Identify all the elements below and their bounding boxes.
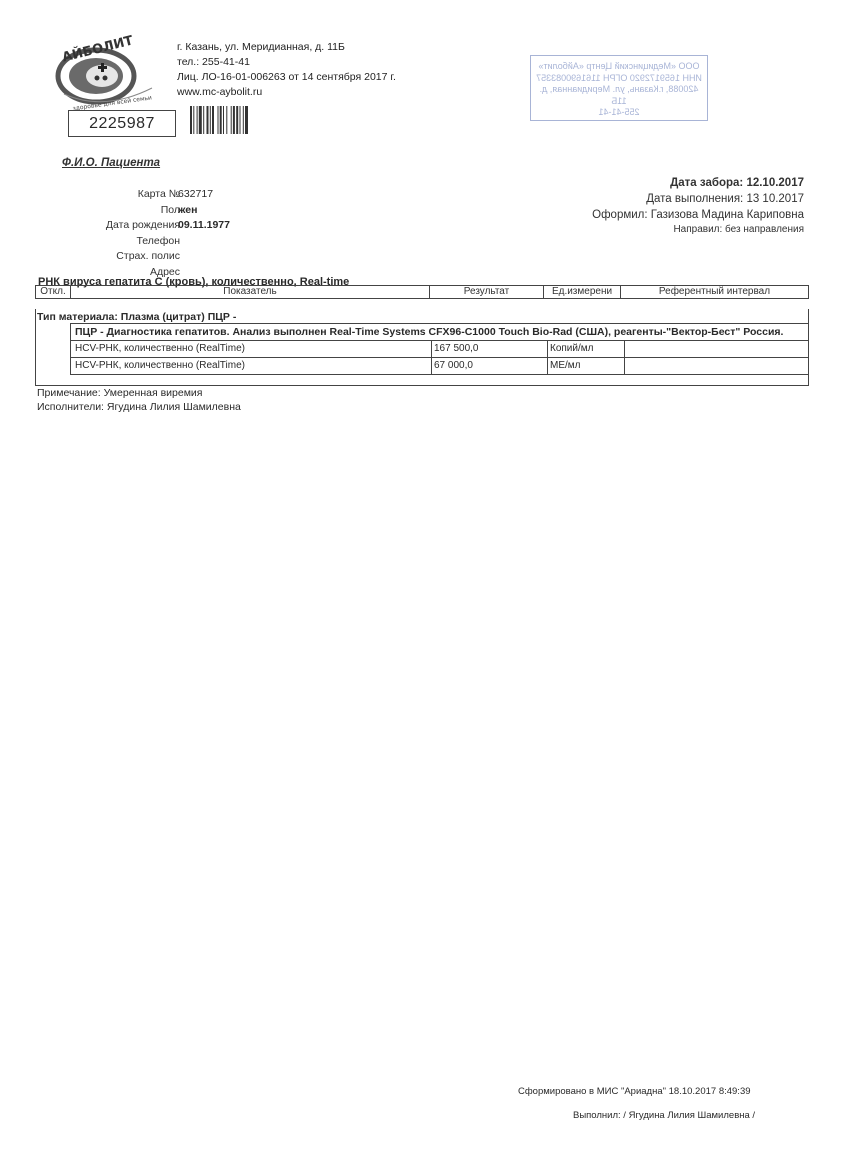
result-row: HCV-РНК, количественно (RealTime)167 500…: [71, 341, 809, 358]
executors: Исполнители: Ягудина Лилия Шамилевна: [37, 401, 241, 413]
col-result: Результат: [430, 286, 544, 299]
registered-by: Оформил: Газизова Мадина Кариповна: [592, 207, 804, 223]
patient-name-label: Ф.И.О. Пациента: [62, 157, 160, 169]
reference-interval: [625, 358, 809, 374]
patient-field-label: Дата рождения: [0, 218, 180, 234]
note: Примечание: Умеренная виремия: [37, 387, 202, 399]
patient-field: Полжен: [0, 203, 180, 219]
unit: МЕ/мл: [548, 358, 625, 374]
performed-by: Выполнил: / Ягудина Лилия Шамилевна /: [573, 1110, 755, 1121]
clinic-address: г. Казань, ул. Меридианная, д. 11Б: [177, 40, 396, 55]
clinic-info: г. Казань, ул. Меридианная, д. 11Б тел.:…: [177, 40, 396, 100]
generated-info: Сформировано в МИС "Ариадна" 18.10.2017 …: [518, 1086, 751, 1097]
indicator-name: HCV-РНК, количественно (RealTime): [71, 341, 432, 357]
col-reference: Референтный интервал: [621, 286, 809, 299]
method-description: ПЦР - Диагностика гепатитов. Анализ выпо…: [71, 324, 809, 341]
unit: Копий/мл: [548, 341, 625, 357]
patient-field: Карта №632717: [0, 187, 180, 203]
material-type: Тип материала: Плазма (цитрат) ПЦР -: [37, 311, 236, 323]
results-inner: ПЦР - Диагностика гепатитов. Анализ выпо…: [70, 323, 809, 375]
order-info: Дата забора: 12.10.2017 Дата выполнения:…: [592, 175, 804, 237]
patient-details: Карта №632717ПолженДата рождения09.11.19…: [0, 187, 180, 280]
patient-field: Телефон: [0, 234, 180, 250]
order-id: 2225987: [68, 110, 176, 137]
clinic-license: Лиц. ЛО-16-01-006263 от 14 сентября 2017…: [177, 70, 396, 85]
patient-field-label: Телефон: [0, 234, 180, 250]
patient-field-value: жен: [178, 203, 198, 219]
patient-field: Дата рождения09.11.1977: [0, 218, 180, 234]
patient-field-value: 09.11.1977: [178, 218, 230, 234]
col-unit: Ед.измерени: [544, 286, 621, 299]
execution-date: Дата выполнения: 13 10.2017: [592, 191, 804, 207]
col-indicator: Показатель: [71, 286, 430, 299]
result-value: 167 500,0: [432, 341, 548, 357]
reference-interval: [625, 341, 809, 357]
results-header: Откл. Показатель Результат Ед.измерени Р…: [35, 285, 809, 299]
clinic-website: www.mc-aybolit.ru: [177, 85, 396, 100]
patient-field-label: Страх. полис: [0, 249, 180, 265]
result-value: 67 000,0: [432, 358, 548, 374]
barcode-icon: [190, 106, 270, 134]
col-deviation: Откл.: [36, 286, 71, 299]
indicator-name: HCV-РНК, количественно (RealTime): [71, 358, 432, 374]
clinic-stamp: ООО «Медицинский Центр «Айболит» ИНН 165…: [530, 55, 708, 121]
patient-field-label: Карта №: [0, 187, 180, 203]
result-row: HCV-РНК, количественно (RealTime)67 000,…: [71, 358, 809, 374]
referral: Направил: без направления: [592, 223, 804, 237]
aybolit-clinic-logo-icon: АЙБОЛИТ здоровье для всей семьи: [44, 32, 159, 110]
patient-field-value: 632717: [178, 187, 213, 203]
clinic-phone: тел.: 255-41-41: [177, 55, 396, 70]
clinic-logo: АЙБОЛИТ здоровье для всей семьи: [44, 32, 159, 110]
patient-field-label: Пол: [0, 203, 180, 219]
collection-date: Дата забора: 12.10.2017: [592, 175, 804, 191]
patient-field: Страх. полис: [0, 249, 180, 265]
